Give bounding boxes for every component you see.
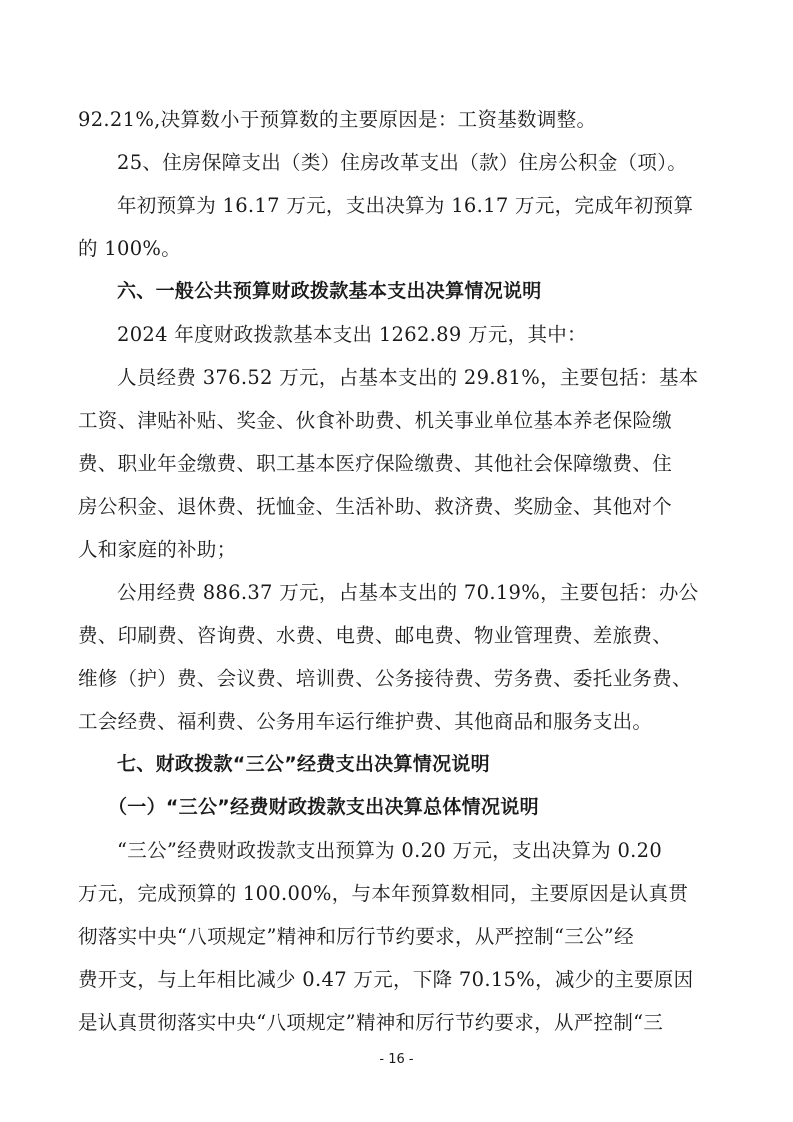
paragraph-line: 房公积金、退休费、抚恤金、生活补助、救济费、奖励金、其他对个: [78, 485, 730, 528]
paragraph-line: 万元，完成预算的 100.00%，与本年预算数相同，主要原因是认真贯: [78, 872, 730, 915]
page-number: - 16 -: [0, 1052, 793, 1067]
paragraph-line: 2024 年度财政拨款基本支出 1262.89 万元，其中：: [78, 313, 730, 356]
subsection-heading: （一）“三公”经费财政拨款支出决算总体情况说明: [78, 786, 730, 829]
paragraph-line: 是认真贯彻落实中央“八项规定”精神和厉行节约要求，从严控制“三: [78, 1001, 730, 1044]
paragraph-line: 费开支，与上年相比减少 0.47 万元，下降 70.15%，减少的主要原因: [78, 958, 730, 1001]
paragraph-line: 维修（护）费、会议费、培训费、公务接待费、劳务费、委托业务费、: [78, 657, 730, 700]
section-heading: 七、财政拨款“三公”经费支出决算情况说明: [78, 743, 730, 786]
paragraph-line: 25、住房保障支出（类）住房改革支出（款）住房公积金（项）。: [78, 141, 730, 184]
section-heading: 六、一般公共预算财政拨款基本支出决算情况说明: [78, 270, 730, 313]
paragraph-line: 92.21%,决算数小于预算数的主要原因是：工资基数调整。: [78, 98, 730, 141]
paragraph-line: 彻落实中央“八项规定”精神和厉行节约要求，从严控制“三公”经: [78, 915, 730, 958]
paragraph-line: 工会经费、福利费、公务用车运行维护费、其他商品和服务支出。: [78, 700, 730, 743]
paragraph-line: 工资、津贴补贴、奖金、伙食补助费、机关事业单位基本养老保险缴: [78, 399, 730, 442]
document-body: 92.21%,决算数小于预算数的主要原因是：工资基数调整。 25、住房保障支出（…: [78, 98, 730, 1044]
paragraph-line: 人和家庭的补助；: [78, 528, 730, 571]
paragraph-line: 人员经费 376.52 万元，占基本支出的 29.81%，主要包括：基本: [78, 356, 730, 399]
paragraph-line: 公用经费 886.37 万元，占基本支出的 70.19%，主要包括：办公: [78, 571, 730, 614]
paragraph-line: “三公”经费财政拨款支出预算为 0.20 万元，支出决算为 0.20: [78, 829, 730, 872]
paragraph-line: 费、职业年金缴费、职工基本医疗保险缴费、其他社会保障缴费、住: [78, 442, 730, 485]
paragraph-line: 费、印刷费、咨询费、水费、电费、邮电费、物业管理费、差旅费、: [78, 614, 730, 657]
paragraph-line: 年初预算为 16.17 万元，支出决算为 16.17 万元，完成年初预算: [78, 184, 730, 227]
paragraph-line: 的 100%。: [78, 227, 730, 270]
